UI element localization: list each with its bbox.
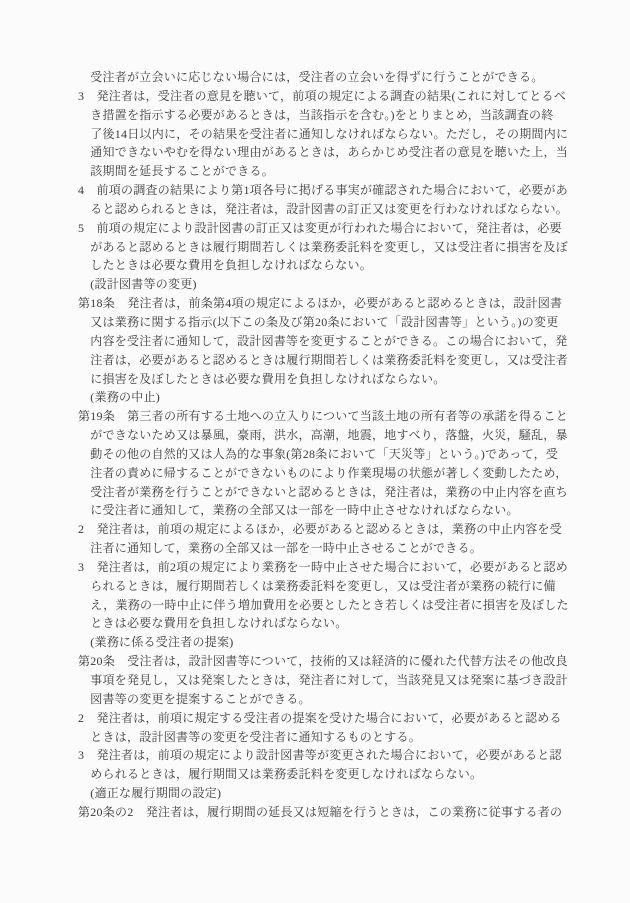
text-line: ると認められるときは，発注者は，設計図書の訂正又は変更を行わなければならない。 [78, 200, 588, 219]
text-line: き措置を指示する必要があるときは，当該指示を含む。)をとりまとめ，当該調査の終 [78, 106, 588, 125]
text-line: 動その他の自然的又は人為的な事象(第28条において「天災等」という。)であって，… [78, 445, 588, 464]
text-line: 通知できないやむを得ない理由があるときは，あらかじめ受注者の意見を聴いた上，当 [78, 143, 588, 162]
text-line: められるときは，履行期間又は業務委託料を変更しなければならない。 [78, 765, 588, 784]
document-page: 受注者が立会いに応じない場合には，受注者の立会いを得ずに行うことができる。3 発… [0, 0, 630, 903]
text-line: 注者は，必要があると認めるときは履行期間若しくは業務委託料を変更し，又は受注者 [78, 351, 588, 370]
text-line: 事項を発見し，又は発案したときは，発注者に対して，当該発見又は発案に基づき設計 [78, 671, 588, 690]
text-line: したときは必要な費用を負担しなければならない。 [78, 256, 588, 275]
text-line: 3 発注者は，前2項の規定により業務を一時中止させた場合において，必要があると認… [78, 558, 588, 577]
text-line: 4 前項の調査の結果により第1項各号に掲げる事実が確認された場合において，必要が… [78, 181, 588, 200]
text-line: 第19条 第三者の所有する土地への立入りについて当該土地の所有者等の承諾を得るこ… [78, 407, 588, 426]
text-line: 2 発注者は，前項に規定する受注者の提案を受けた場合において，必要があると認める [78, 709, 588, 728]
text-line: 内容を受注者に通知して，設計図書等を変更することができる。この場合において，発 [78, 332, 588, 351]
text-line: ときは，設計図書等の変更を受注者に通知するものとする。 [78, 728, 588, 747]
text-line: (業務に係る受注者の提案) [78, 633, 588, 652]
text-line: に受注者に通知して，業務の全部又は一部を一時中止させなければならない。 [78, 501, 588, 520]
text-line: (設計図書等の変更) [78, 275, 588, 294]
text-line: (業務の中止) [78, 388, 588, 407]
document-lines: 受注者が立会いに応じない場合には，受注者の立会いを得ずに行うことができる。3 発… [78, 68, 588, 822]
text-line: に損害を及ぼしたときは必要な費用を負担しなければならない。 [78, 370, 588, 389]
text-line: 該期間を延長することができる。 [78, 162, 588, 181]
text-line: 注者に通知して，業務の全部又は一部を一時中止させることができる。 [78, 539, 588, 558]
text-line: 3 発注者は，受注者の意見を聴いて，前項の規定による調査の結果(これに対してとる… [78, 87, 588, 106]
text-line: られるときは，履行期間若しくは業務委託料を変更し，又は受注者が業務の続行に備 [78, 577, 588, 596]
text-line: 5 前項の規定により設計図書の訂正又は変更が行われた場合において，発注者は，必要 [78, 219, 588, 238]
text-line: 第20条 受注者は，設計図書等について，技術的又は経済的に優れた代替方法その他改… [78, 652, 588, 671]
text-line: え，業務の一時中止に伴う増加費用を必要としたとき若しくは受注者に損害を及ぼした [78, 596, 588, 615]
text-line: ができないため又は暴風，豪雨，洪水，高潮，地震，地すべり，落盤，火災，騒乱，暴 [78, 426, 588, 445]
text-line: 3 発注者は，前項の規定により設計図書等が変更された場合において，必要があると認 [78, 746, 588, 765]
text-line: 第18条 発注者は，前条第4項の規定によるほか，必要があると認めるときは，設計図… [78, 294, 588, 313]
text-line: 受注者が立会いに応じない場合には，受注者の立会いを得ずに行うことができる。 [78, 68, 588, 87]
text-line: 又は業務に関する指示(以下この条及び第20条において「設計図書等」という。)の変… [78, 313, 588, 332]
text-line: 2 発注者は，前項の規定によるほか，必要があると認めるときは，業務の中止内容を受 [78, 520, 588, 539]
text-line: ときは必要な費用を負担しなければならない。 [78, 614, 588, 633]
text-line: 注者の責めに帰することができないものにより作業現場の状態が著しく変動したため， [78, 464, 588, 483]
text-line: があると認めるときは履行期間若しくは業務委託料を変更し，又は受注者に損害を及ぼ [78, 238, 588, 257]
text-line: (適正な履行期間の設定) [78, 784, 588, 803]
text-line: 了後14日以内に，その結果を受注者に通知しなければならない。ただし，その期間内に [78, 125, 588, 144]
text-line: 受注者が業務を行うことができないと認めるときは，発注者は，業務の中止内容を直ち [78, 483, 588, 502]
text-line: 第20条の2 発注者は，履行期間の延長又は短縮を行うときは，この業務に従事する者… [78, 803, 588, 822]
text-line: 図書等の変更を提案することができる。 [78, 690, 588, 709]
